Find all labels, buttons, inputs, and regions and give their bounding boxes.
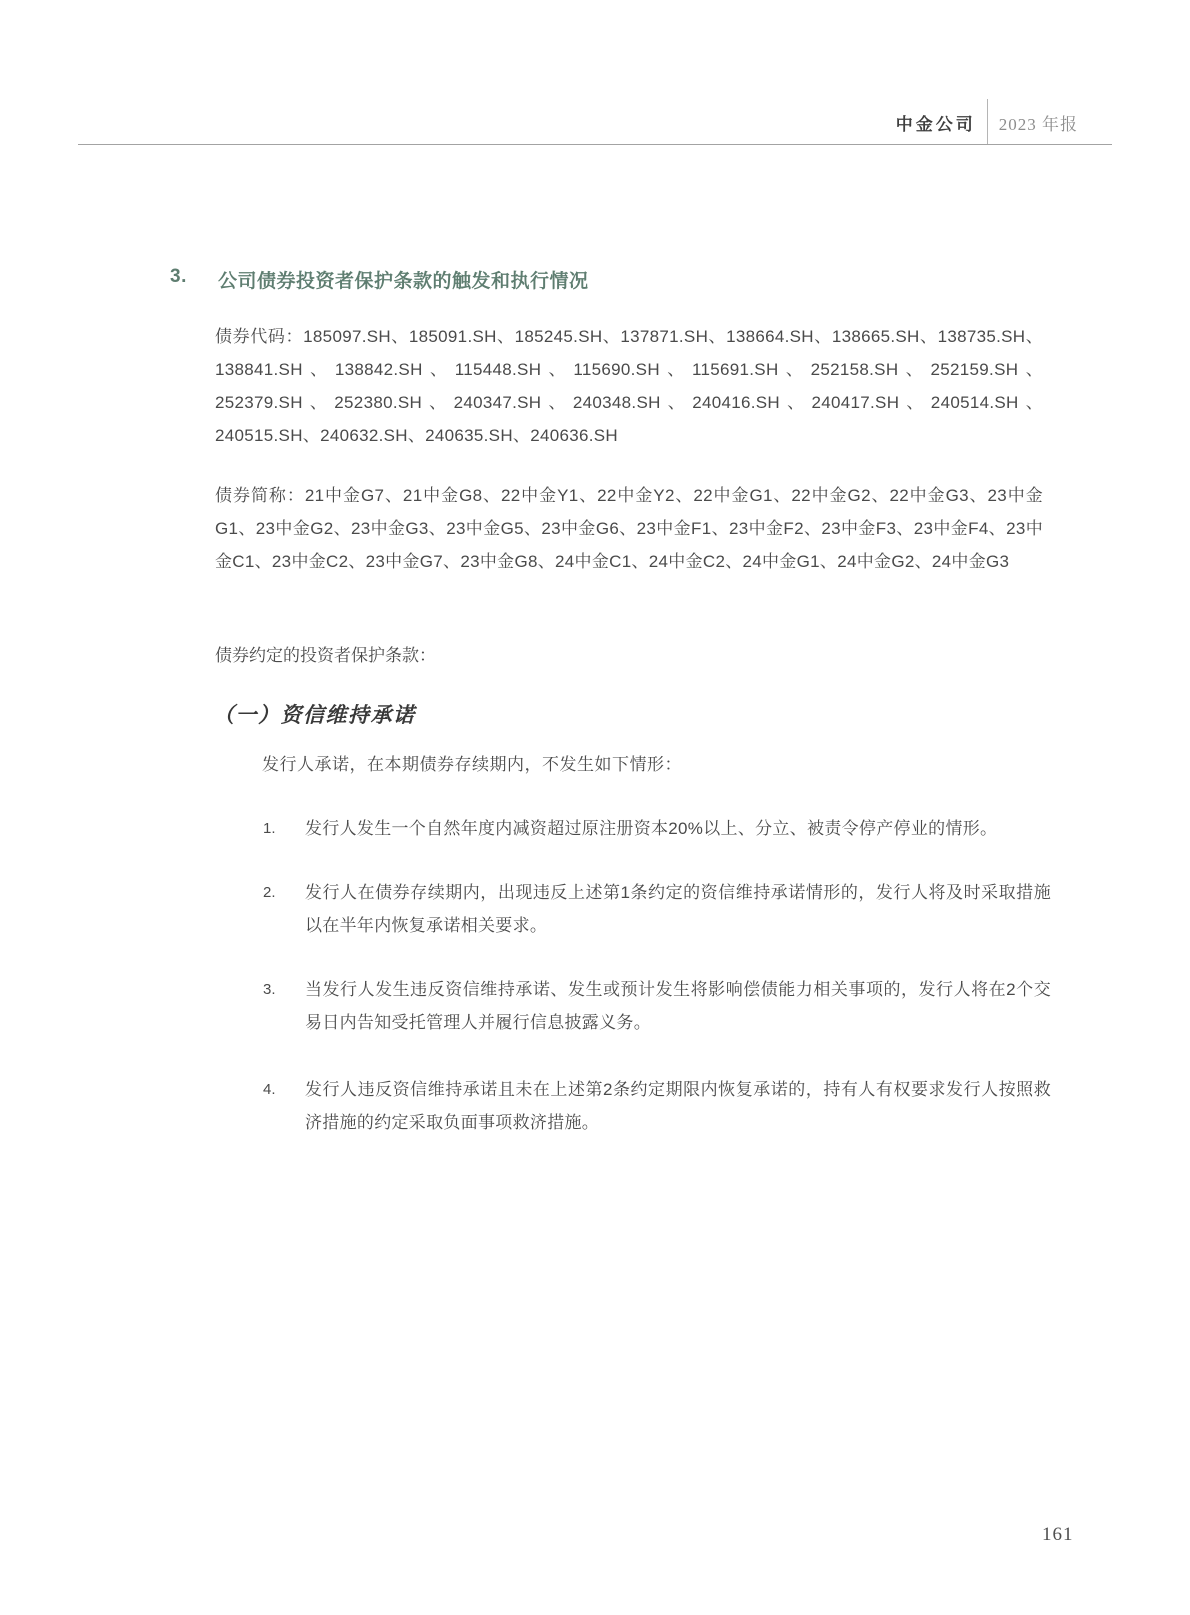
list-item: 2. 发行人在债券存续期内，出现违反上述第1条约定的资信维持承诺情形的，发行人将… (263, 876, 1051, 942)
section-heading: 3. 公司债券投资者保护条款的触发和执行情况 (170, 266, 589, 293)
list-item-number: 2. (263, 876, 305, 942)
clauses-intro-text: 债券约定的投资者保护条款： (215, 639, 436, 672)
list-item-text: 发行人在债券存续期内，出现违反上述第1条约定的资信维持承诺情形的，发行人将及时采… (305, 876, 1051, 942)
bond-codes-paragraph: 债券代码：185097.SH、185091.SH、185245.SH、13787… (215, 320, 1043, 452)
list-item-number: 3. (263, 973, 305, 1039)
subsection-title: （一）资信维持承诺 (213, 699, 416, 729)
section-title: 公司债券投资者保护条款的触发和执行情况 (218, 266, 589, 293)
page-header: 中金公司 2023 年报 (896, 99, 1078, 145)
list-item-text: 发行人违反资信维持承诺且未在上述第2条约定期限内恢复承诺的，持有人有权要求发行人… (305, 1073, 1051, 1139)
bond-names-paragraph: 债券简称：21中金G7、21中金G8、22中金Y1、22中金Y2、22中金G1、… (215, 479, 1043, 578)
header-rule-line (78, 144, 1112, 145)
list-item-text: 当发行人发生违反资信维持承诺、发生或预计发生将影响偿债能力相关事项的，发行人将在… (305, 973, 1051, 1039)
list-item: 4. 发行人违反资信维持承诺且未在上述第2条约定期限内恢复承诺的，持有人有权要求… (263, 1073, 1051, 1139)
list-item: 3. 当发行人发生违反资信维持承诺、发生或预计发生将影响偿债能力相关事项的，发行… (263, 973, 1051, 1039)
list-item-number: 4. (263, 1073, 305, 1139)
promise-intro-text: 发行人承诺，在本期债券存续期内，不发生如下情形： (262, 748, 682, 781)
report-year: 2023 年报 (999, 110, 1078, 135)
section-number: 3. (170, 266, 218, 293)
header-vertical-divider (987, 99, 988, 145)
company-name: 中金公司 (896, 110, 976, 135)
report-page: 中金公司 2023 年报 3. 公司债券投资者保护条款的触发和执行情况 债券代码… (0, 0, 1190, 1615)
list-item-number: 1. (263, 812, 305, 845)
list-item: 1. 发行人发生一个自然年度内减资超过原注册资本20%以上、分立、被责令停产停业… (263, 812, 1051, 845)
list-item-text: 发行人发生一个自然年度内减资超过原注册资本20%以上、分立、被责令停产停业的情形… (305, 812, 1051, 845)
page-number: 161 (1042, 1524, 1074, 1546)
